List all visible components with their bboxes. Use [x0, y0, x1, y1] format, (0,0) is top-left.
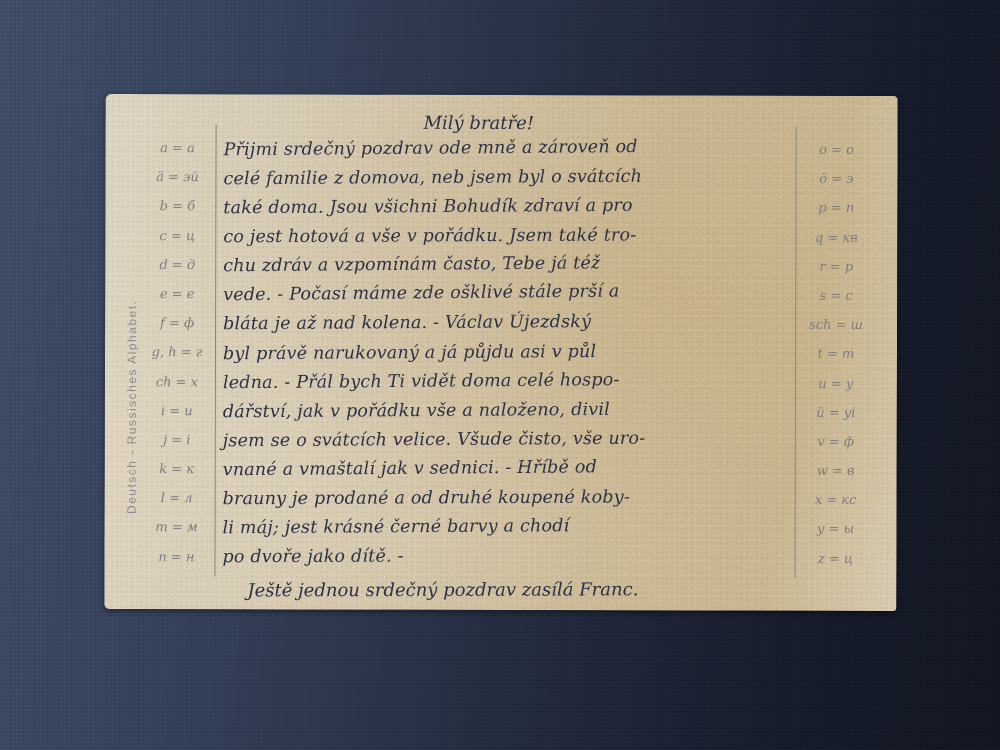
alphabet-entry: f = ф: [142, 309, 212, 338]
alphabet-entry: w = в: [801, 457, 871, 486]
letter-line: vede. - Počasí máme zde ošklivé stále pr…: [223, 281, 619, 305]
alphabet-entry: r = р: [801, 253, 871, 282]
letter-line: Přijmi srdečný pozdrav ode mně a zároveň…: [223, 137, 637, 160]
letter-line: bláta je až nad kolena. - Václav Újezdsk…: [223, 312, 591, 334]
letter-line: co jest hotová a vše v pořádku. Jsem tak…: [223, 225, 636, 247]
alphabet-entry: a = а: [142, 134, 212, 163]
left-printed-rule: [214, 124, 216, 576]
letter-line: vnané a vmaštalí jak v sednici. - Hříbě …: [223, 457, 597, 480]
alphabet-entry: ö = э: [801, 165, 871, 194]
alphabet-entry: j = і: [142, 426, 212, 455]
printed-alphabet-title: Deutsch - Russisches Alphabet.: [125, 300, 140, 514]
alphabet-entry: l = л: [142, 484, 212, 513]
alphabet-entry: e = е: [142, 280, 212, 309]
alphabet-entry: ä = эй: [142, 163, 212, 192]
letter-line: byl právě narukovaný a já půjdu asi v pů…: [223, 342, 596, 364]
alphabet-entry: s = с: [801, 282, 871, 311]
alphabet-entry: t = т: [801, 340, 871, 369]
alphabet-entry: ch = х: [142, 368, 212, 397]
letter-signoff: Ještě jednou srdečný pozdrav zasílá Fran…: [247, 579, 638, 601]
postcard: Deutsch - Russisches Alphabet. a = а ä =…: [104, 94, 897, 611]
letter-salutation: Milý bratře!: [424, 113, 534, 134]
handwritten-letter: Milý bratře! Přijmi srdečný pozdrav ode …: [224, 112, 796, 113]
letter-line: brauny je prodané a od druhé koupené kob…: [223, 487, 630, 509]
letter-line: jsem se o svátcích velice. Všude čisto, …: [223, 429, 646, 452]
alphabet-entry: ü = уі: [801, 398, 871, 427]
alphabet-entry: z = ц: [800, 544, 870, 573]
alphabet-entry: v = ф: [801, 428, 871, 457]
alphabet-entry: x = кс: [801, 486, 871, 515]
alphabet-column-left: a = а ä = эй b = б c = ц d = д e = е f =…: [141, 134, 212, 572]
alphabet-entry: d = д: [142, 251, 212, 280]
letter-line: chu zdráv a vzpomínám často, Tebe já též: [223, 253, 600, 276]
alphabet-entry: b = б: [142, 192, 212, 221]
alphabet-entry: sch = ш: [801, 311, 871, 340]
letter-line: celé familie z domova, neb jsem byl o sv…: [223, 167, 642, 190]
alphabet-entry: c = ц: [142, 222, 212, 251]
alphabet-entry: y = ы: [800, 515, 870, 544]
letter-line: po dvoře jako dítě. -: [222, 546, 403, 567]
letter-line: li máj; jest krásné černé barvy a chodí: [222, 516, 569, 538]
alphabet-entry: i = и: [142, 397, 212, 426]
alphabet-entry: g, h = г: [142, 338, 212, 367]
alphabet-entry: k = к: [142, 455, 212, 484]
alphabet-entry: m = м: [142, 513, 212, 542]
right-printed-rule: [794, 126, 796, 578]
alphabet-entry: u = у: [801, 369, 871, 398]
alphabet-column-right: o = о ö = э p = п q = кв r = р s = с sch…: [800, 136, 871, 574]
letter-line: ledna. - Přál bych Ti vidět doma celé ho…: [223, 370, 620, 393]
letter-line: také doma. Jsou všichni Bohudík zdraví a…: [223, 196, 632, 218]
alphabet-entry: o = о: [801, 136, 871, 165]
alphabet-entry: q = кв: [801, 223, 871, 252]
alphabet-entry: p = п: [801, 194, 871, 223]
letter-line: dářství, jak v pořádku vše a naloženo, d…: [223, 400, 610, 422]
alphabet-entry: n = н: [141, 543, 211, 572]
